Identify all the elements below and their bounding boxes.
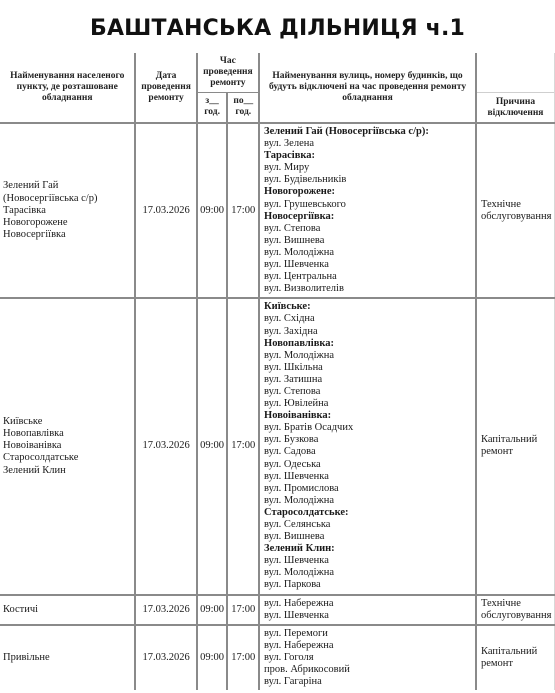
settlement-name: Зелений Клин (3, 465, 134, 477)
street-item: вул. Паркова (264, 579, 475, 591)
header-date: Дата проведення ремонту (135, 53, 196, 123)
town-heading: Новогорожене: (264, 186, 475, 198)
time-from-cell: 09:00 (197, 595, 228, 625)
time-from-cell: 09:00 (197, 625, 228, 690)
streets-cell: Київське:вул. Східнавул. ЗахіднаНовопавл… (259, 298, 476, 594)
reason-text: Капітальний (481, 646, 554, 658)
street-item: вул. Братів Осадчих (264, 422, 475, 434)
street-item: вул. Шкільна (264, 362, 475, 374)
reason-text: Технічне (481, 598, 554, 610)
street-item: вул. Молодіжна (264, 247, 475, 259)
street-item: вул. Шевченка (264, 555, 475, 567)
settlement-name: Київське (3, 416, 134, 428)
street-item: вул. Одеська (264, 459, 475, 471)
street-item: вул. Промислова (264, 483, 475, 495)
town-heading: Зелений Гай (Новосергіївська с/р): (264, 126, 475, 138)
street-item: вул. Гоголя (264, 652, 475, 664)
table-row: Привільне 17.03.2026 09:00 17:00 вул. Пе… (0, 625, 555, 690)
reason-cell: Технічнеобслуговування (476, 123, 555, 298)
street-item: вул. Шевченка (264, 259, 475, 271)
settlement-name: Старосолдатське (3, 452, 134, 464)
header-blank (476, 53, 555, 92)
time-from-cell: 09:00 (197, 123, 228, 298)
reason-cell: Технічнеобслуговування (476, 595, 555, 625)
outage-schedule-table: Найменування населеного пункту, де розта… (0, 53, 555, 690)
reason-text: ремонт (481, 658, 554, 670)
street-item: вул. Будівельників (264, 174, 475, 186)
town-heading: Новоіванівка: (264, 410, 475, 422)
header-streets: Найменування вулиць, номеру будинків, що… (259, 53, 476, 123)
settlement-name: Зелений Гай (3, 180, 134, 192)
street-item: вул. Східна (264, 313, 475, 325)
street-item: вул. Затишна (264, 374, 475, 386)
settlement-cell: КиївськеНовопавлівкаНовоіванівкаСтаросол… (0, 298, 135, 594)
settlement-cell: Костичі (0, 595, 135, 625)
settlement-cell: Зелений Гай(Новосергіївська с/р)Тарасівк… (0, 123, 135, 298)
street-item: вул. Шевченка (264, 610, 475, 622)
settlement-name: (Новосергіївська с/р) (3, 193, 134, 205)
reason-text: обслуговування (481, 211, 554, 223)
table-row: Зелений Гай(Новосергіївська с/р)Тарасівк… (0, 123, 555, 298)
street-item: вул. Вишнева (264, 531, 475, 543)
street-item: вул. Зелена (264, 138, 475, 150)
header-time-to: по__ год. (227, 92, 259, 123)
time-to-cell: 17:00 (227, 298, 259, 594)
header-time-from: з__ год. (197, 92, 228, 123)
streets-cell: вул. Набережнавул. Шевченка (259, 595, 476, 625)
reason-cell: Капітальнийремонт (476, 298, 555, 594)
streets-cell: вул. Перемогивул. Набережнавул. Гоголяпр… (259, 625, 476, 690)
town-heading: Новосергіївка: (264, 211, 475, 223)
streets-cell: Зелений Гай (Новосергіївська с/р):вул. З… (259, 123, 476, 298)
date-cell: 17.03.2026 (135, 298, 196, 594)
table-row: Костичі 17.03.2026 09:00 17:00 вул. Набе… (0, 595, 555, 625)
town-heading: Тарасівка: (264, 150, 475, 162)
date-cell: 17.03.2026 (135, 595, 196, 625)
street-item: вул. Миру (264, 162, 475, 174)
street-item: вул. Степова (264, 223, 475, 235)
settlement-name: Новоіванівка (3, 440, 134, 452)
street-item: вул. Селянська (264, 519, 475, 531)
street-item: вул. Західна (264, 326, 475, 338)
page-title: БАШТАНСЬКА ДІЛЬНИЦЯ ч.1 (0, 16, 555, 41)
reason-text: Капітальний (481, 434, 554, 446)
street-item: вул. Набережна (264, 598, 475, 610)
header-settlement: Найменування населеного пункту, де розта… (0, 53, 135, 123)
time-from-cell: 09:00 (197, 298, 228, 594)
reason-cell: Капітальнийремонт (476, 625, 555, 690)
street-item: вул. Набережна (264, 640, 475, 652)
settlement-name: Новопавлівка (3, 428, 134, 440)
settlement-name: Тарасівка (3, 205, 134, 217)
street-item: вул. Бузкова (264, 434, 475, 446)
settlement-name: Костичі (3, 604, 134, 616)
street-item: вул. Садова (264, 446, 475, 458)
reason-text: обслуговування (481, 610, 554, 622)
reason-text: ремонт (481, 446, 554, 458)
street-item: вул. Степова (264, 386, 475, 398)
street-item: вул. Центральна (264, 271, 475, 283)
settlement-cell: Привільне (0, 625, 135, 690)
time-to-cell: 17:00 (227, 625, 259, 690)
settlement-name: Новосергіївка (3, 229, 134, 241)
town-heading: Київське: (264, 301, 475, 313)
table-row: КиївськеНовопавлівкаНовоіванівкаСтаросол… (0, 298, 555, 594)
date-cell: 17.03.2026 (135, 625, 196, 690)
header-time-group: Час проведення ремонту (197, 53, 259, 92)
time-to-cell: 17:00 (227, 595, 259, 625)
reason-text: Технічне (481, 199, 554, 211)
street-item: вул. Молодіжна (264, 350, 475, 362)
street-item: вул. Гагаріна (264, 676, 475, 688)
settlement-name: Привільне (3, 652, 134, 664)
time-to-cell: 17:00 (227, 123, 259, 298)
street-item: вул. Визволителів (264, 283, 475, 295)
settlement-name: Новогорожене (3, 217, 134, 229)
town-heading: Зелений Клин: (264, 543, 475, 555)
street-item: вул. Молодіжна (264, 495, 475, 507)
street-item: вул. Шевченка (264, 471, 475, 483)
street-item: вул. Вишнева (264, 235, 475, 247)
street-item: пров. Абрикосовий (264, 664, 475, 676)
street-item: вул. Перемоги (264, 628, 475, 640)
town-heading: Старосолдатське: (264, 507, 475, 519)
header-reason: Причина відключення (476, 92, 555, 123)
date-cell: 17.03.2026 (135, 123, 196, 298)
street-item: вул. Грушевського (264, 199, 475, 211)
street-item: вул. Молодіжна (264, 567, 475, 579)
town-heading: Новопавлівка: (264, 338, 475, 350)
street-item: вул. Ювілейна (264, 398, 475, 410)
